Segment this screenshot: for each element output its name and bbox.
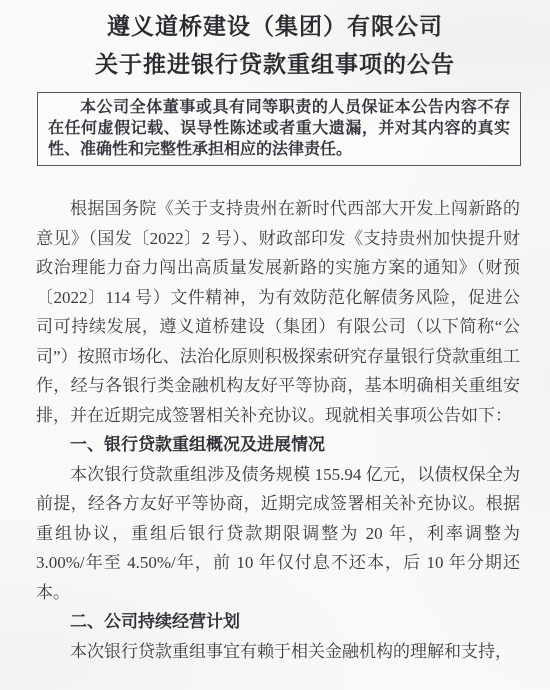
section-1-heading: 一、银行贷款重组概况及进展情况	[36, 430, 520, 460]
title-line-1: 遵义道桥建设（集团）有限公司	[0, 8, 550, 46]
section-1-paragraph: 本次银行贷款重组涉及债务规模 155.94 亿元，以债权保全为前提，经各方友好平…	[36, 460, 520, 608]
disclaimer-box: 本公司全体董事或具有同等职责的人员保证本公告内容不存在任何虚假记载、误导性陈述或…	[37, 92, 521, 166]
document-body: 根据国务院《关于支持贵州在新时代西部大开发上闯新路的意见》（国发〔2022〕2 …	[36, 194, 520, 666]
intro-paragraph: 根据国务院《关于支持贵州在新时代西部大开发上闯新路的意见》（国发〔2022〕2 …	[36, 194, 520, 430]
disclaimer-text: 本公司全体董事或具有同等职责的人员保证本公告内容不存在任何虚假记载、误导性陈述或…	[48, 97, 510, 160]
announcement-document: 遵义道桥建设（集团）有限公司 关于推进银行贷款重组事项的公告 本公司全体董事或具…	[0, 0, 550, 690]
section-2-heading: 二、公司持续经营计划	[36, 607, 520, 637]
document-title: 遵义道桥建设（集团）有限公司 关于推进银行贷款重组事项的公告	[0, 8, 550, 84]
section-2-paragraph: 本次银行贷款重组事宜有赖于相关金融机构的理解和支持，	[36, 637, 520, 667]
title-line-2: 关于推进银行贷款重组事项的公告	[0, 46, 550, 84]
